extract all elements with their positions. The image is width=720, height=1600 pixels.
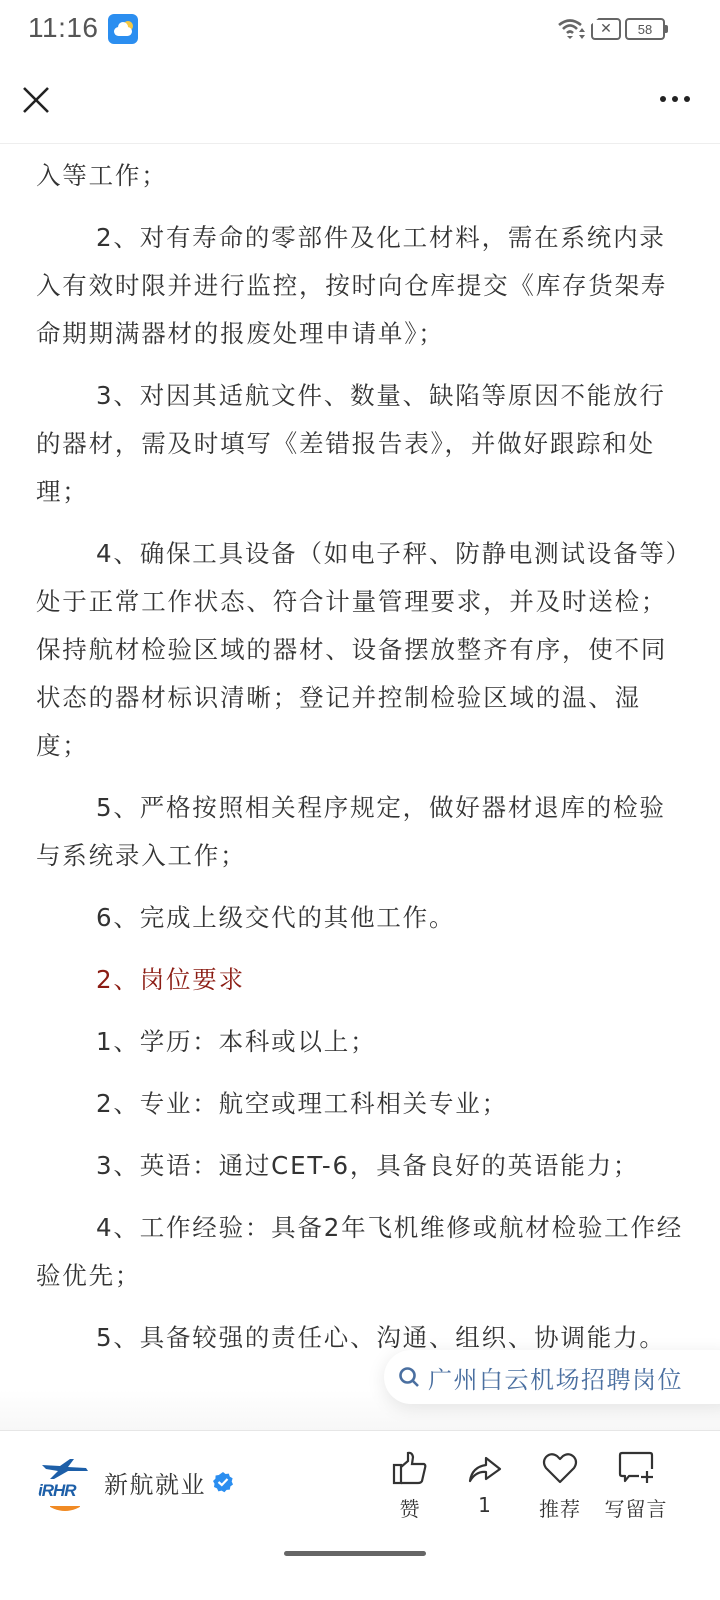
share-button[interactable]: 1 [445, 1449, 525, 1517]
article-line: 与系统录入工作； [36, 840, 246, 872]
article-line: 的器材，需及时填写《差错报告表》，并做好跟踪和处 [36, 428, 655, 460]
write-comment-label: 写留言 [605, 1493, 668, 1522]
thumbs-up-icon [391, 1449, 429, 1487]
article-line: 6、完成上级交代的其他工作。 [36, 902, 455, 934]
airplane-logo-icon [40, 1457, 90, 1481]
weather-partly-cloudy-icon [108, 14, 138, 44]
article-line: 2、对有寿命的零部件及化工材料，需在系统内录 [36, 222, 666, 254]
article-line: 理； [36, 476, 89, 508]
share-icon [466, 1449, 504, 1487]
article-line: 状态的器材标识清晰；登记并控制检验区域的温、湿 [36, 682, 641, 714]
article-line: 1、学历：本科或以上； [36, 1026, 376, 1058]
more-icon[interactable] [660, 96, 690, 102]
action-buttons: 赞 1 推荐 写留言 [380, 1449, 720, 1529]
write-comment-button[interactable]: 写留言 [596, 1449, 676, 1522]
like-label: 赞 [400, 1493, 421, 1522]
search-icon [398, 1366, 420, 1388]
bottom-action-bar: iRHR 新航就业 赞 1 推荐 [0, 1430, 720, 1600]
article-line: 验优先； [36, 1260, 141, 1292]
avatar[interactable]: iRHR [36, 1453, 94, 1511]
article-line: 3、英语：通过CET-6，具备良好的英语能力； [36, 1150, 639, 1182]
verified-badge-icon [212, 1471, 234, 1493]
article-line: 命期期满器材的报废处理申请单》； [36, 318, 445, 350]
no-sim-icon: ✕ [591, 18, 621, 40]
article-line: 4、确保工具设备（如电子秤、防静电测试设备等） [36, 538, 692, 570]
share-count: 1 [478, 1493, 492, 1517]
top-nav-bar [0, 62, 720, 144]
related-search-chip[interactable]: 广州白云机场招聘岗位 [384, 1350, 720, 1404]
battery-level: 58 [625, 18, 665, 40]
heart-icon [541, 1449, 579, 1487]
wifi-icon [557, 17, 587, 41]
article-line: 度； [36, 730, 89, 762]
recommend-button[interactable]: 推荐 [520, 1449, 600, 1522]
article-line: 处于正常工作状态、符合计量管理要求，并及时送检； [36, 586, 667, 618]
article-line: 2、专业：航空或理工科相关专业； [36, 1088, 508, 1120]
article-line: 4、工作经验：具备2年飞机维修或航材检验工作经 [36, 1212, 683, 1244]
like-button[interactable]: 赞 [370, 1449, 450, 1522]
section-heading: 2、岗位要求 [36, 964, 245, 996]
article-line: 入有效时限并进行监控，按时向仓库提交《库存货架寿 [36, 270, 667, 302]
article-line: 入等工作； [36, 160, 168, 192]
status-indicators: ✕ 58 [557, 17, 668, 41]
home-indicator[interactable] [284, 1551, 426, 1556]
account-info[interactable]: iRHR 新航就业 [36, 1453, 234, 1511]
status-time: 11:16 [28, 12, 99, 44]
article-line: 5、严格按照相关程序规定，做好器材退库的检验 [36, 792, 666, 824]
search-chip-label: 广州白云机场招聘岗位 [428, 1360, 683, 1395]
article-line: 3、对因其适航文件、数量、缺陷等原因不能放行 [36, 380, 666, 412]
battery-icon: 58 [625, 18, 668, 40]
recommend-label: 推荐 [539, 1493, 581, 1522]
comment-add-icon [617, 1449, 655, 1487]
account-name[interactable]: 新航就业 [104, 1465, 206, 1500]
close-icon[interactable] [20, 84, 52, 116]
status-bar: 11:16 ✕ 58 [0, 0, 720, 62]
article-line: 保持航材检验区域的器材、设备摆放整齐有序，使不同 [36, 634, 667, 666]
